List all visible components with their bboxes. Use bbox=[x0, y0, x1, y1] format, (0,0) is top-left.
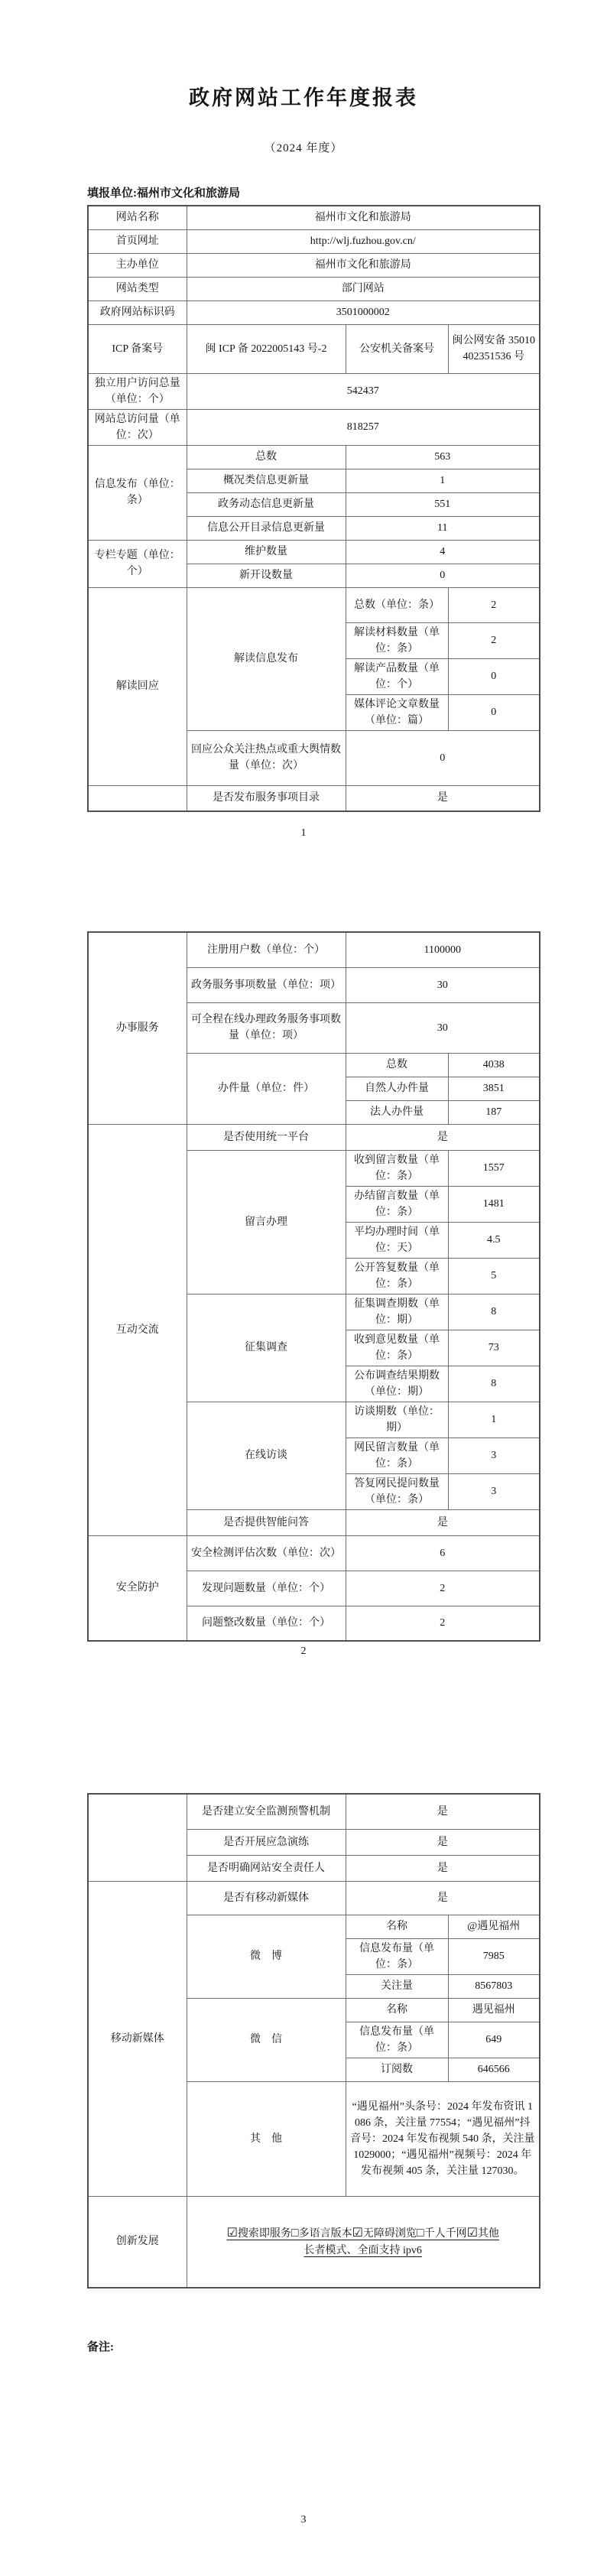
value-cell: 4038 bbox=[448, 1053, 540, 1077]
label-cell: 网站名称 bbox=[88, 206, 187, 229]
group-cell: 移动新媒体 bbox=[88, 1881, 187, 2196]
value-cell: 649 bbox=[448, 2022, 540, 2058]
value-cell: 542437 bbox=[187, 373, 540, 409]
value-cell: 1557 bbox=[448, 1150, 540, 1186]
label-cell: 总数 bbox=[187, 445, 346, 469]
label-cell: 公开答复数量（单位：条） bbox=[346, 1258, 448, 1294]
innovation-option-label: 千人千网 bbox=[424, 2228, 467, 2240]
value-cell: 8 bbox=[448, 1294, 540, 1330]
group-cell: 办事服务 bbox=[88, 932, 187, 1124]
page-subtitle: （2024 年度） bbox=[0, 139, 607, 155]
label-cell: 总数（单位：条） bbox=[346, 587, 448, 622]
row-interpret-total: 解读回应 解读信息发布 总数（单位：条） 2 bbox=[88, 587, 540, 622]
row-innovation: 创新发展 ☑搜索即服务□多语言版本☑无障碍浏览□千人千网☑其他 长者模式、全面支… bbox=[88, 2196, 540, 2288]
row-security-monitoring: 是否建立安全监测预警机制 是 bbox=[88, 1794, 540, 1829]
value-cell: 是 bbox=[346, 1794, 540, 1829]
group-cell: 解读信息发布 bbox=[187, 587, 346, 730]
innovation-options-line: ☑搜索即服务□多语言版本☑无障碍浏览□千人千网☑其他 bbox=[191, 2224, 536, 2243]
innovation-option-label: 搜索即服务 bbox=[238, 2228, 291, 2240]
checkbox-unchecked-icon: □ bbox=[417, 2227, 424, 2240]
value-cell: 2 bbox=[346, 1571, 540, 1606]
label-cell: 收到留言数量（单位：条） bbox=[346, 1150, 448, 1186]
group-cell: 专栏专题（单位：个） bbox=[88, 540, 187, 587]
row-columns-maintained: 专栏专题（单位：个） 维护数量 4 bbox=[88, 540, 540, 564]
label-cell: 信息发布量（单位：条） bbox=[346, 1938, 448, 1974]
label-cell: 创新发展 bbox=[88, 2196, 187, 2288]
label-cell: 征集调查期数（单位：期） bbox=[346, 1294, 448, 1330]
label-cell: 公布调查结果期数（单位：期） bbox=[346, 1366, 448, 1402]
value-cell: 818257 bbox=[187, 409, 540, 445]
annual-report-document: { "doc": { "title": "政府网站工作年度报表", "subti… bbox=[0, 0, 607, 2576]
innovation-option-label: 多语言版本 bbox=[299, 2228, 352, 2240]
value-cell: 0 bbox=[448, 658, 540, 694]
label-cell: 访谈期数（单位：期） bbox=[346, 1402, 448, 1437]
innovation-option-label: 其他 bbox=[478, 2228, 499, 2240]
label-cell: 网站总访问量（单位：次） bbox=[88, 409, 187, 445]
value-cell: 福州市文化和旅游局 bbox=[187, 206, 540, 229]
label-cell: 总数 bbox=[346, 1053, 448, 1077]
group-cell: 征集调查 bbox=[187, 1294, 346, 1402]
value-cell: 0 bbox=[346, 564, 540, 587]
row-icp: ICP 备案号 闽 ICP 备 2022005143 号-2 公安机关备案号 闽… bbox=[88, 324, 540, 373]
value-cell: 遇见福州 bbox=[448, 1998, 540, 2022]
label-cell: 解读材料数量（单位：条） bbox=[346, 622, 448, 658]
group-cell: 互动交流 bbox=[88, 1124, 187, 1535]
value-cell: 6 bbox=[346, 1535, 540, 1571]
label-cell: 发现问题数量（单位：个） bbox=[187, 1571, 346, 1606]
innovation-content: ☑搜索即服务□多语言版本☑无障碍浏览□千人千网☑其他 长者模式、全面支持 ipv… bbox=[187, 2196, 540, 2288]
label-cell: 平均办理时间（单位：天） bbox=[346, 1222, 448, 1258]
page-number-1: 1 bbox=[0, 827, 607, 840]
label-cell: 办结留言数量（单位：条） bbox=[346, 1186, 448, 1222]
label-cell: 是否明确网站安全责任人 bbox=[187, 1855, 346, 1881]
value-cell: 0 bbox=[346, 730, 540, 785]
label-cell: 名称 bbox=[346, 1915, 448, 1938]
value-cell: http://wlj.fuzhou.gov.cn/ bbox=[187, 229, 540, 253]
value-cell: 是 bbox=[346, 1855, 540, 1881]
value-cell: 3851 bbox=[448, 1077, 540, 1100]
label-cell: 法人办件量 bbox=[346, 1100, 448, 1124]
remarks-label: 备注: bbox=[87, 2338, 114, 2354]
label-cell: 维护数量 bbox=[187, 540, 346, 564]
value-cell: 3 bbox=[448, 1473, 540, 1509]
empty-group-cell bbox=[88, 785, 187, 811]
row-info-total: 信息发布（单位：条） 总数 563 bbox=[88, 445, 540, 469]
value-cell: 5 bbox=[448, 1258, 540, 1294]
label-cell: 关注量 bbox=[346, 1974, 448, 1998]
value-cell: @遇见福州 bbox=[448, 1915, 540, 1938]
value-cell: 2 bbox=[346, 1606, 540, 1641]
row-unique-visitors: 独立用户访问总量（单位：个） 542437 bbox=[88, 373, 540, 409]
label-cell: 是否使用统一平台 bbox=[187, 1124, 346, 1150]
label-cell: 独立用户访问总量（单位：个） bbox=[88, 373, 187, 409]
value-cell: 8 bbox=[448, 1366, 540, 1402]
row-site-name: 网站名称 福州市文化和旅游局 bbox=[88, 206, 540, 229]
value-cell: 7985 bbox=[448, 1938, 540, 1974]
row-service-catalog: 是否发布服务事项目录 是 bbox=[88, 785, 540, 811]
group-cell: 解读回应 bbox=[88, 587, 187, 785]
report-table-page3: 是否建立安全监测预警机制 是 是否开展应急演练 是 是否明确网站安全责任人 是 … bbox=[87, 1793, 540, 2289]
row-site-code: 政府网站标识码 3501000002 bbox=[88, 300, 540, 324]
value-cell: 1100000 bbox=[346, 932, 540, 967]
label-cell: 政务服务事项数量（单位：项） bbox=[187, 967, 346, 1002]
value-cell: 3 bbox=[448, 1437, 540, 1473]
label-cell: 注册用户数（单位：个） bbox=[187, 932, 346, 967]
value-cell: 2 bbox=[448, 587, 540, 622]
value-cell: 2 bbox=[448, 622, 540, 658]
value-cell: 11 bbox=[346, 516, 540, 540]
page-number-2: 2 bbox=[0, 1645, 607, 1658]
value-cell: 0 bbox=[448, 694, 540, 730]
page-title: 政府网站工作年度报表 bbox=[0, 81, 607, 111]
label-cell: 是否建立安全监测预警机制 bbox=[187, 1794, 346, 1829]
label-cell: 网站类型 bbox=[88, 277, 187, 300]
checkbox-unchecked-icon: □ bbox=[291, 2227, 299, 2240]
label-cell: 可全程在线办理政务服务事项数量（单位：项） bbox=[187, 1002, 346, 1053]
value-cell: 1481 bbox=[448, 1186, 540, 1222]
checkbox-checked-icon: ☑ bbox=[352, 2227, 363, 2240]
label-cell: 名称 bbox=[346, 1998, 448, 2022]
value-cell: 闽 ICP 备 2022005143 号-2 bbox=[187, 324, 346, 373]
value-cell: 4 bbox=[346, 540, 540, 564]
value-cell: 187 bbox=[448, 1100, 540, 1124]
empty-group-cell bbox=[88, 1794, 187, 1881]
label-cell: 订阅数 bbox=[346, 2058, 448, 2081]
label-cell: 问题整改数量（单位：个） bbox=[187, 1606, 346, 1641]
label-cell: 政务动态信息更新量 bbox=[187, 492, 346, 516]
group-cell: 微 信 bbox=[187, 1998, 346, 2081]
value-cell: 福州市文化和旅游局 bbox=[187, 253, 540, 277]
row-organizer: 主办单位 福州市文化和旅游局 bbox=[88, 253, 540, 277]
label-cell: 媒体评论文章数量（单位：篇） bbox=[346, 694, 448, 730]
value-cell: 1 bbox=[346, 469, 540, 492]
group-cell: 其 他 bbox=[187, 2081, 346, 2196]
value-cell: 8567803 bbox=[448, 1974, 540, 1998]
value-cell: 551 bbox=[346, 492, 540, 516]
other-media-text: “遇见福州”头条号：2024 年发布资讯 1086 条，关注量 77554；“遇… bbox=[346, 2081, 540, 2196]
value-cell: 3501000002 bbox=[187, 300, 540, 324]
label-cell: 自然人办件量 bbox=[346, 1077, 448, 1100]
value-cell: 是 bbox=[346, 785, 540, 811]
group-cell: 信息发布（单位：条） bbox=[88, 445, 187, 540]
label-cell: 安全检测评估次数（单位：次） bbox=[187, 1535, 346, 1571]
value-cell: 闽公网安备 35010402351536 号 bbox=[448, 324, 540, 373]
reporting-unit-line: 填报单位:福州市文化和旅游局 bbox=[87, 184, 240, 200]
value-cell: 563 bbox=[346, 445, 540, 469]
label-cell: 答复网民提问数量（单位：条） bbox=[346, 1473, 448, 1509]
row-registered-users: 办事服务 注册用户数（单位：个） 1100000 bbox=[88, 932, 540, 967]
row-total-visits: 网站总访问量（单位：次） 818257 bbox=[88, 409, 540, 445]
checkbox-checked-icon: ☑ bbox=[467, 2227, 478, 2240]
group-cell: 微 博 bbox=[187, 1915, 346, 1998]
page-number-3: 3 bbox=[0, 2514, 607, 2526]
label-cell: 新开设数量 bbox=[187, 564, 346, 587]
report-table-page1: 网站名称 福州市文化和旅游局 首页网址 http://wlj.fuzhou.go… bbox=[87, 205, 540, 812]
label-cell: 解读产品数量（单位：个） bbox=[346, 658, 448, 694]
label-cell: 信息发布量（单位：条） bbox=[346, 2022, 448, 2058]
label-cell: 是否开展应急演练 bbox=[187, 1829, 346, 1855]
label-cell: 公安机关备案号 bbox=[346, 324, 448, 373]
value-cell: 73 bbox=[448, 1330, 540, 1366]
row-site-type: 网站类型 部门网站 bbox=[88, 277, 540, 300]
row-unified-platform: 互动交流 是否使用统一平台 是 bbox=[88, 1124, 540, 1150]
label-cell: 收到意见数量（单位：条） bbox=[346, 1330, 448, 1366]
label-cell: 信息公开目录信息更新量 bbox=[187, 516, 346, 540]
label-cell: 主办单位 bbox=[88, 253, 187, 277]
value-cell: 是 bbox=[346, 1881, 540, 1915]
group-cell: 留言办理 bbox=[187, 1150, 346, 1294]
label-cell: 网民留言数量（单位：条） bbox=[346, 1437, 448, 1473]
value-cell: 是 bbox=[346, 1829, 540, 1855]
label-cell: 概况类信息更新量 bbox=[187, 469, 346, 492]
innovation-option-label: 无障碍浏览 bbox=[363, 2228, 417, 2240]
row-has-new-media: 移动新媒体 是否有移动新媒体 是 bbox=[88, 1881, 540, 1915]
row-security-assessments: 安全防护 安全检测评估次数（单位：次） 6 bbox=[88, 1535, 540, 1571]
value-cell: 是 bbox=[346, 1124, 540, 1150]
group-cell: 办件量（单位：件） bbox=[187, 1053, 346, 1124]
group-cell: 安全防护 bbox=[88, 1535, 187, 1641]
value-cell: 1 bbox=[448, 1402, 540, 1437]
label-cell: ICP 备案号 bbox=[88, 324, 187, 373]
value-cell: 部门网站 bbox=[187, 277, 540, 300]
report-table-page2: 办事服务 注册用户数（单位：个） 1100000 政务服务事项数量（单位：项） … bbox=[87, 931, 540, 1642]
value-cell: 是 bbox=[346, 1509, 540, 1535]
value-cell: 4.5 bbox=[448, 1222, 540, 1258]
value-cell: 646566 bbox=[448, 2058, 540, 2081]
value-cell: 30 bbox=[346, 1002, 540, 1053]
row-home-url: 首页网址 http://wlj.fuzhou.gov.cn/ bbox=[88, 229, 540, 253]
group-cell: 在线访谈 bbox=[187, 1402, 346, 1509]
label-cell: 回应公众关注热点或重大舆情数量（单位：次） bbox=[187, 730, 346, 785]
label-cell: 政府网站标识码 bbox=[88, 300, 187, 324]
innovation-other-note: 长者模式、全面支持 ipv6 bbox=[191, 2243, 536, 2259]
label-cell: 是否提供智能问答 bbox=[187, 1509, 346, 1535]
label-cell: 是否发布服务事项目录 bbox=[187, 785, 346, 811]
checkbox-checked-icon: ☑ bbox=[227, 2227, 238, 2240]
label-cell: 是否有移动新媒体 bbox=[187, 1881, 346, 1915]
label-cell: 首页网址 bbox=[88, 229, 187, 253]
value-cell: 30 bbox=[346, 967, 540, 1002]
